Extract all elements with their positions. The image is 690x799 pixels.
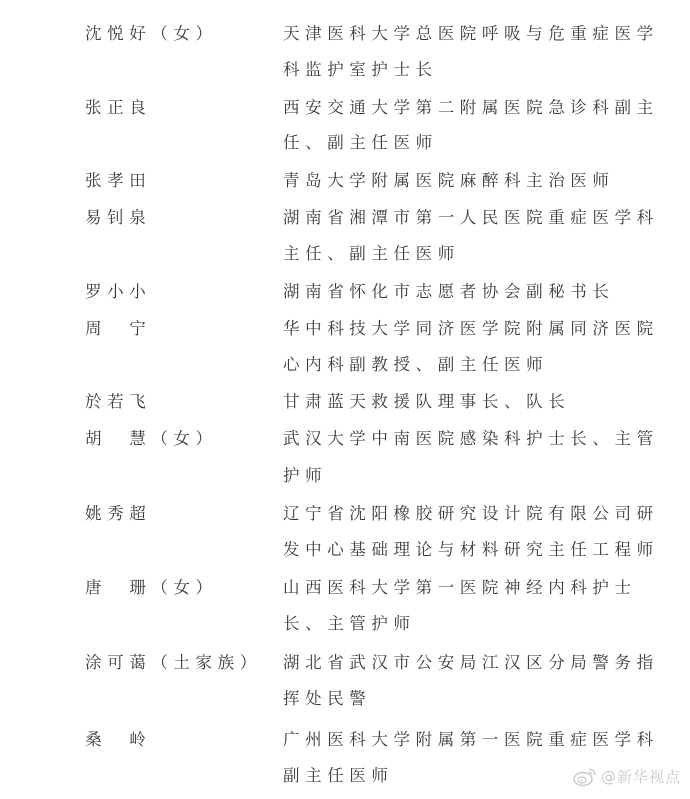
- watermark: @新华视点: [572, 765, 681, 787]
- person-name: 唐 珊（女）: [85, 578, 218, 598]
- person-title-line: 甘肃蓝天救援队理事长、队长: [283, 392, 570, 412]
- person-title-line: 挥处民警: [283, 689, 371, 709]
- person-title-line: 湖南省怀化市志愿者协会副秘书长: [283, 282, 615, 302]
- person-title-line: 广州医科大学附属第一医院重症医学科: [283, 730, 659, 750]
- person-name: 桑 岭: [85, 730, 151, 750]
- person-title-line: 主任、副主任医师: [283, 244, 460, 264]
- person-title-line: 天津医科大学总医院呼吸与危重症医学: [283, 24, 659, 44]
- person-name: 张孝田: [85, 171, 151, 191]
- person-title-line: 青岛大学附属医院麻醉科主治医师: [283, 171, 615, 191]
- person-title-line: 西安交通大学第二附属医院急诊科副主: [283, 98, 659, 118]
- person-title-line: 心内科副教授、副主任医师: [283, 355, 548, 375]
- person-name: 周 宁: [85, 319, 151, 339]
- watermark-text: @新华视点: [601, 766, 681, 787]
- person-name: 胡 慧（女）: [85, 429, 218, 449]
- person-title-line: 武汉大学中南医院感染科护士长、主管: [283, 429, 659, 449]
- person-title-line: 山西医科大学第一医院神经内科护士: [283, 578, 637, 598]
- person-title-line: 辽宁省沈阳橡胶研究设计院有限公司研: [283, 504, 659, 524]
- person-name: 姚秀超: [85, 504, 151, 524]
- weibo-icon: [572, 765, 598, 787]
- person-title-line: 副主任医师: [283, 766, 394, 786]
- person-name: 易钊泉: [85, 208, 151, 228]
- person-name: 罗小小: [85, 282, 151, 302]
- person-title-line: 湖北省武汉市公安局江汉区分局警务指: [283, 653, 659, 673]
- person-name: 於若飞: [85, 392, 151, 412]
- person-title-line: 湖南省湘潭市第一人民医院重症医学科: [283, 208, 659, 228]
- person-title-line: 护师: [283, 466, 327, 486]
- person-title-line: 发中心基础理论与材料研究主任工程师: [283, 540, 659, 560]
- person-name: 张正良: [85, 98, 151, 118]
- person-title-line: 科监护室护士长: [283, 60, 438, 80]
- person-name: 涂可蔼（土家族）: [85, 653, 262, 673]
- document-page: 沈悦好（女） 天津医科大学总医院呼吸与危重症医学 科监护室护士长 张正良 西安交…: [0, 0, 690, 799]
- person-name: 沈悦好（女）: [85, 24, 218, 44]
- person-title-line: 任、副主任医师: [283, 133, 438, 153]
- person-title-line: 长、主管护师: [283, 614, 416, 634]
- person-title-line: 华中科技大学同济医学院附属同济医院: [283, 319, 659, 339]
